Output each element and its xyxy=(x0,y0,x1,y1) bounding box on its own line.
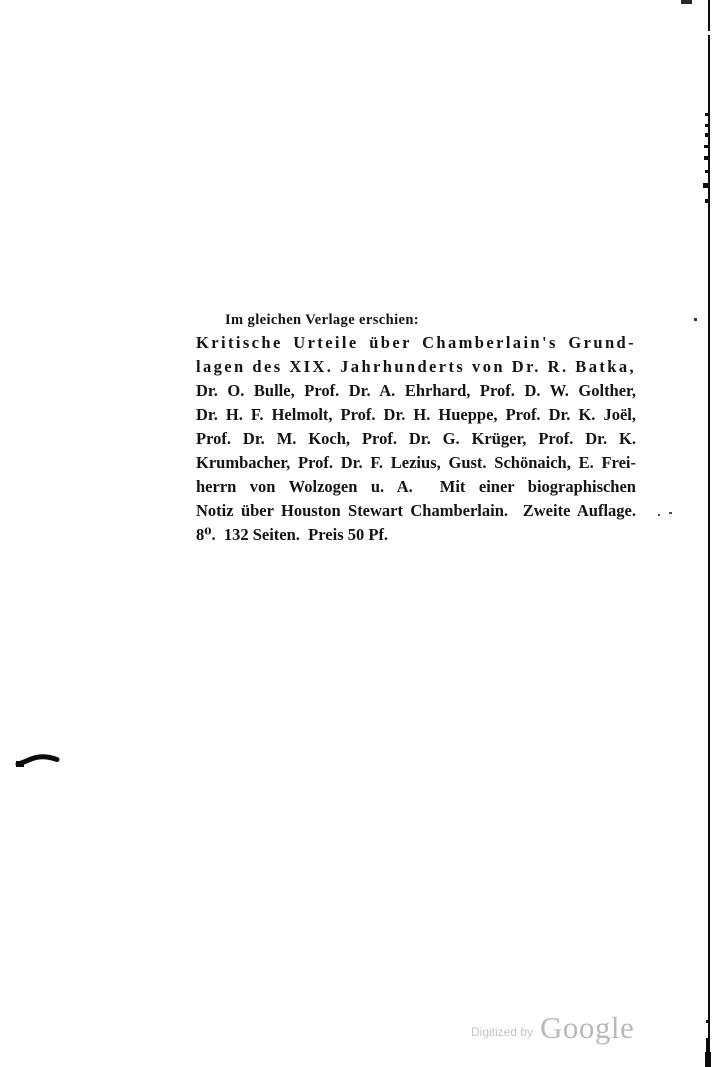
paragraph-line: Notiz über Houston Stewart Chamberlain. … xyxy=(196,499,636,523)
gutter-line-top-segment xyxy=(708,0,710,31)
paragraph-line: Dr. O. Bulle, Prof. Dr. A. Ehrhard, Prof… xyxy=(196,379,636,403)
advertisement-paragraph: Kritische Urteile über Chamberlain's Gru… xyxy=(196,331,636,547)
scan-speck xyxy=(704,156,708,160)
publisher-note: Im gleichen Verlage erschien: xyxy=(225,312,419,329)
watermark-prefix-label: Digitized by xyxy=(471,1017,533,1039)
paragraph-line: Dr. H. F. Helmolt, Prof. Dr. H. Hueppe, … xyxy=(196,403,636,427)
scan-speck xyxy=(704,145,708,148)
scan-speck xyxy=(694,318,697,321)
scan-speck xyxy=(705,170,708,173)
paragraph-line: Kritische Urteile über Chamberlain's Gru… xyxy=(196,331,636,355)
scan-speck xyxy=(703,183,708,188)
digitized-by-watermark: Digitized by Google xyxy=(471,1010,634,1046)
scanned-book-page: Im gleichen Verlage erschien: Kritische … xyxy=(0,0,728,1067)
paragraph-line: Krumbacher, Prof. Dr. F. Lezius, Gust. S… xyxy=(196,451,636,475)
pen-mark-artifact xyxy=(14,750,62,770)
gutter-line-main-segment xyxy=(708,35,710,1038)
scan-speck xyxy=(706,1020,709,1023)
scan-speck-top-right xyxy=(681,0,692,4)
paragraph-line: herrn von Wolzogen u. A. Mit einer biogr… xyxy=(196,475,636,499)
paragraph-line: 8⁰. 132 Seiten. Preis 50 Pf. xyxy=(196,523,636,547)
gutter-line-ink-blob xyxy=(706,1038,710,1052)
gutter-line-ink-blob-bottom xyxy=(705,1052,711,1067)
paragraph-line: lagen des XIX. Jahrhunderts von Dr. R. B… xyxy=(196,355,636,379)
scan-speck xyxy=(658,514,660,516)
scan-speck xyxy=(705,124,708,127)
scan-speck xyxy=(705,199,708,203)
paragraph-line: Prof. Dr. M. Koch, Prof. Dr. G. Krüger, … xyxy=(196,427,636,451)
scan-speck xyxy=(705,133,708,137)
scan-speck xyxy=(705,113,708,116)
scan-speck xyxy=(669,512,672,514)
google-logo: Google xyxy=(540,1010,634,1046)
